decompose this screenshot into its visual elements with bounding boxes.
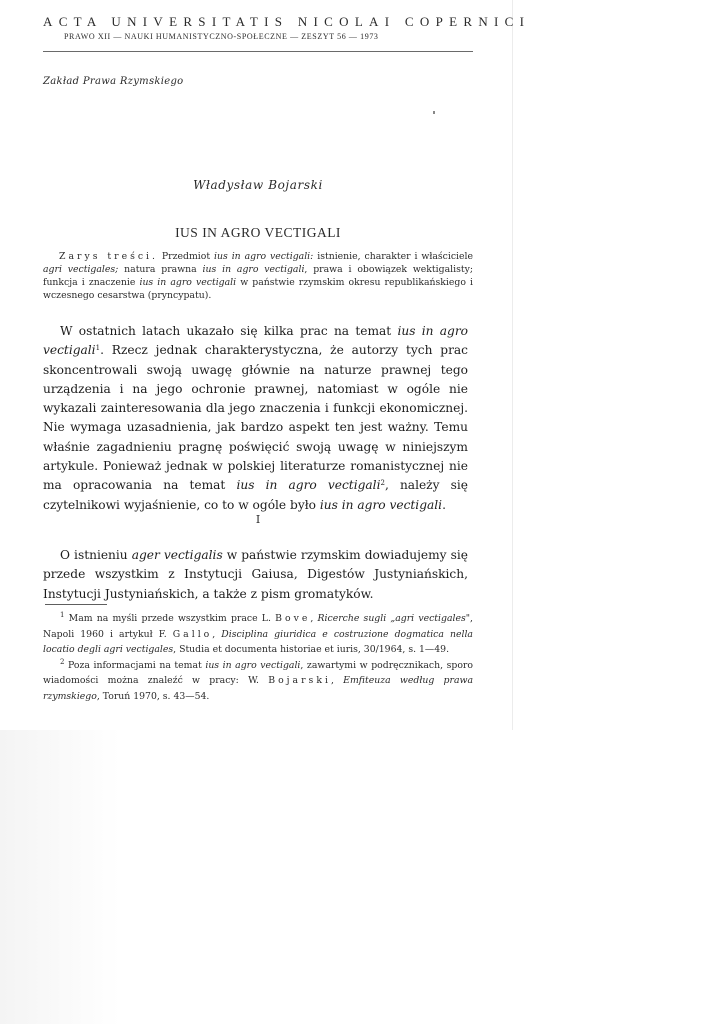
journal-title: ACTA UNIVERSITATIS NICOLAI COPERNICI [43, 14, 473, 30]
journal-series-line: PRAWO XII — NAUKI HUMANISTYCZNO-SPOŁECZN… [64, 32, 473, 42]
section-heading: I [0, 513, 516, 526]
footnote-2-text: Poza informacjami na temat ius in agro v… [43, 660, 473, 702]
footnotes: 1 Mam na myśli przede wszystkim prace L.… [43, 611, 473, 704]
abstract: Zarys treści. Przedmiot ius in agro vect… [43, 250, 473, 302]
abstract-label: Zarys treści. [59, 251, 158, 262]
footnote-rule [45, 604, 107, 605]
scan-shadow [0, 730, 120, 1024]
footnote-2: 2 Poza informacjami na temat ius in agro… [43, 658, 473, 705]
department-label: Zakład Prawa Rzymskiego [43, 76, 183, 87]
article-title: IUS IN AGRO VECTIGALI [0, 225, 516, 241]
footnote-1-text: Mam na myśli przede wszystkim prace L. B… [43, 613, 473, 655]
body-paragraph-2: O istnieniu ager vectigalis w państwie r… [43, 546, 468, 604]
header-rule [43, 51, 473, 52]
body-paragraph-1: W ostatnich latach ukazało się kilka pra… [43, 322, 468, 515]
journal-header: ACTA UNIVERSITATIS NICOLAI COPERNICI PRA… [43, 14, 473, 42]
footnote-1: 1 Mam na myśli przede wszystkim prace L.… [43, 611, 473, 658]
scan-speck [433, 111, 435, 114]
author-name: Władysław Bojarski [0, 178, 516, 192]
scan-page-edge [512, 0, 513, 730]
